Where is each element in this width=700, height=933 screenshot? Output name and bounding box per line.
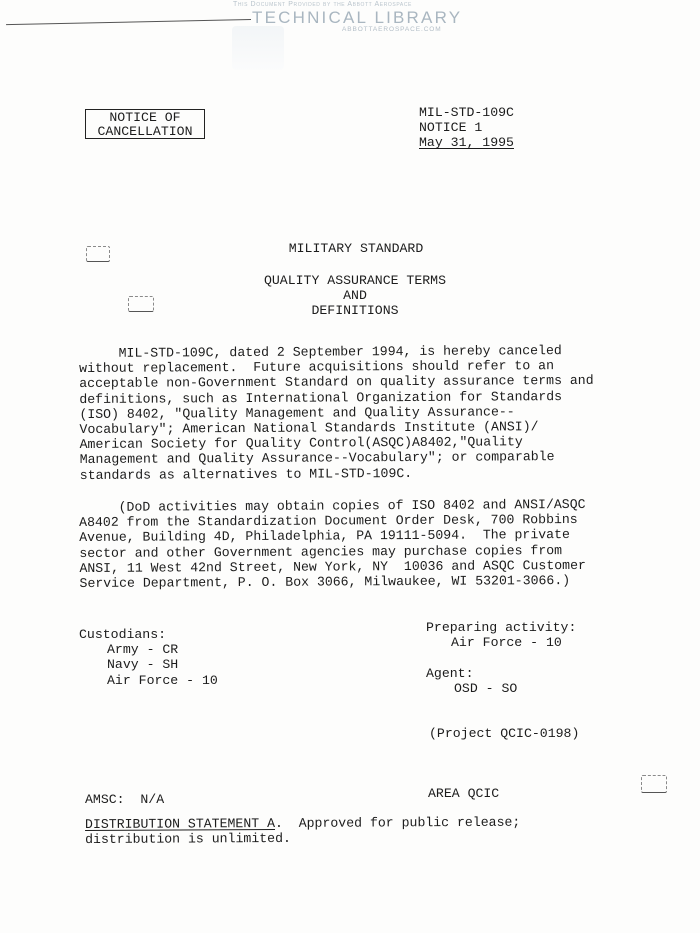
watermark-provided-by: This Document Provided by the Abbott Aer… (233, 1, 412, 8)
custodians-label: Custodians: (79, 627, 218, 642)
area-code: AREA QCIC (428, 786, 499, 801)
notice-box-line1: NOTICE OF (86, 110, 204, 125)
title-line-3: DEFINITIONS (0, 303, 700, 318)
custodian-item: Navy - SH (79, 657, 218, 672)
title-line-2: AND (0, 288, 700, 303)
preparing-activity-block: Preparing activity: Air Force - 10 (426, 620, 576, 650)
watermark-logo-shape (232, 26, 284, 70)
scan-line-artifact (6, 19, 251, 25)
document-id-block: MIL-STD-109C NOTICE 1 May 31, 1995 (419, 105, 514, 151)
document-number: MIL-STD-109C (419, 105, 514, 120)
paragraph-line: Service Department, P. O. Box 3066, Milw… (79, 573, 586, 591)
amsc-number: AMSC: N/A (85, 792, 164, 807)
watermark-title: TECHNICAL LIBRARY (252, 8, 462, 28)
watermark-site-link[interactable]: ABBOTTAEROSPACE.COM (342, 26, 442, 33)
preparing-activity-label: Preparing activity: (426, 620, 576, 635)
notice-number: NOTICE 1 (419, 120, 514, 135)
ordering-info-paragraph: (DoD activities may obtain copies of ISO… (79, 497, 586, 591)
preparing-activity-value: Air Force - 10 (426, 635, 576, 650)
paragraph-line: Management and Quality Assurance--Vocabu… (80, 449, 594, 467)
document-title: QUALITY ASSURANCE TERMS AND DEFINITIONS (0, 273, 700, 319)
paragraph-line: standards as alternatives to MIL-STD-109… (80, 464, 594, 482)
distribution-statement-text-2: distribution is unlimited. (85, 830, 520, 847)
notice-of-cancellation-box: NOTICE OF CANCELLATION (85, 109, 205, 139)
agent-value: OSD - SO (426, 681, 517, 696)
notice-box-line2: CANCELLATION (86, 124, 204, 139)
distribution-statement: DISTRIBUTION STATEMENT A. Approved for p… (85, 815, 520, 848)
cancellation-paragraph: MIL-STD-109C, dated 2 September 1994, is… (79, 343, 594, 483)
scan-artifact-box (641, 775, 667, 793)
paragraph-line: definitions, such as International Organ… (79, 388, 593, 406)
standard-type-heading: MILITARY STANDARD (0, 241, 700, 256)
notice-date: May 31, 1995 (419, 135, 514, 150)
distribution-statement-text: . Approved for public release; (275, 815, 520, 831)
title-line-1: QUALITY ASSURANCE TERMS (0, 273, 700, 288)
custodians-block: Custodians: Army - CR Navy - SH Air Forc… (79, 627, 218, 688)
custodian-item: Army - CR (79, 642, 218, 657)
custodian-item: Air Force - 10 (79, 673, 218, 688)
distribution-statement-label: DISTRIBUTION STATEMENT A (85, 816, 275, 832)
agent-block: Agent: OSD - SO (426, 666, 517, 696)
project-number: (Project QCIC-0198) (429, 726, 579, 741)
agent-label: Agent: (426, 666, 517, 681)
